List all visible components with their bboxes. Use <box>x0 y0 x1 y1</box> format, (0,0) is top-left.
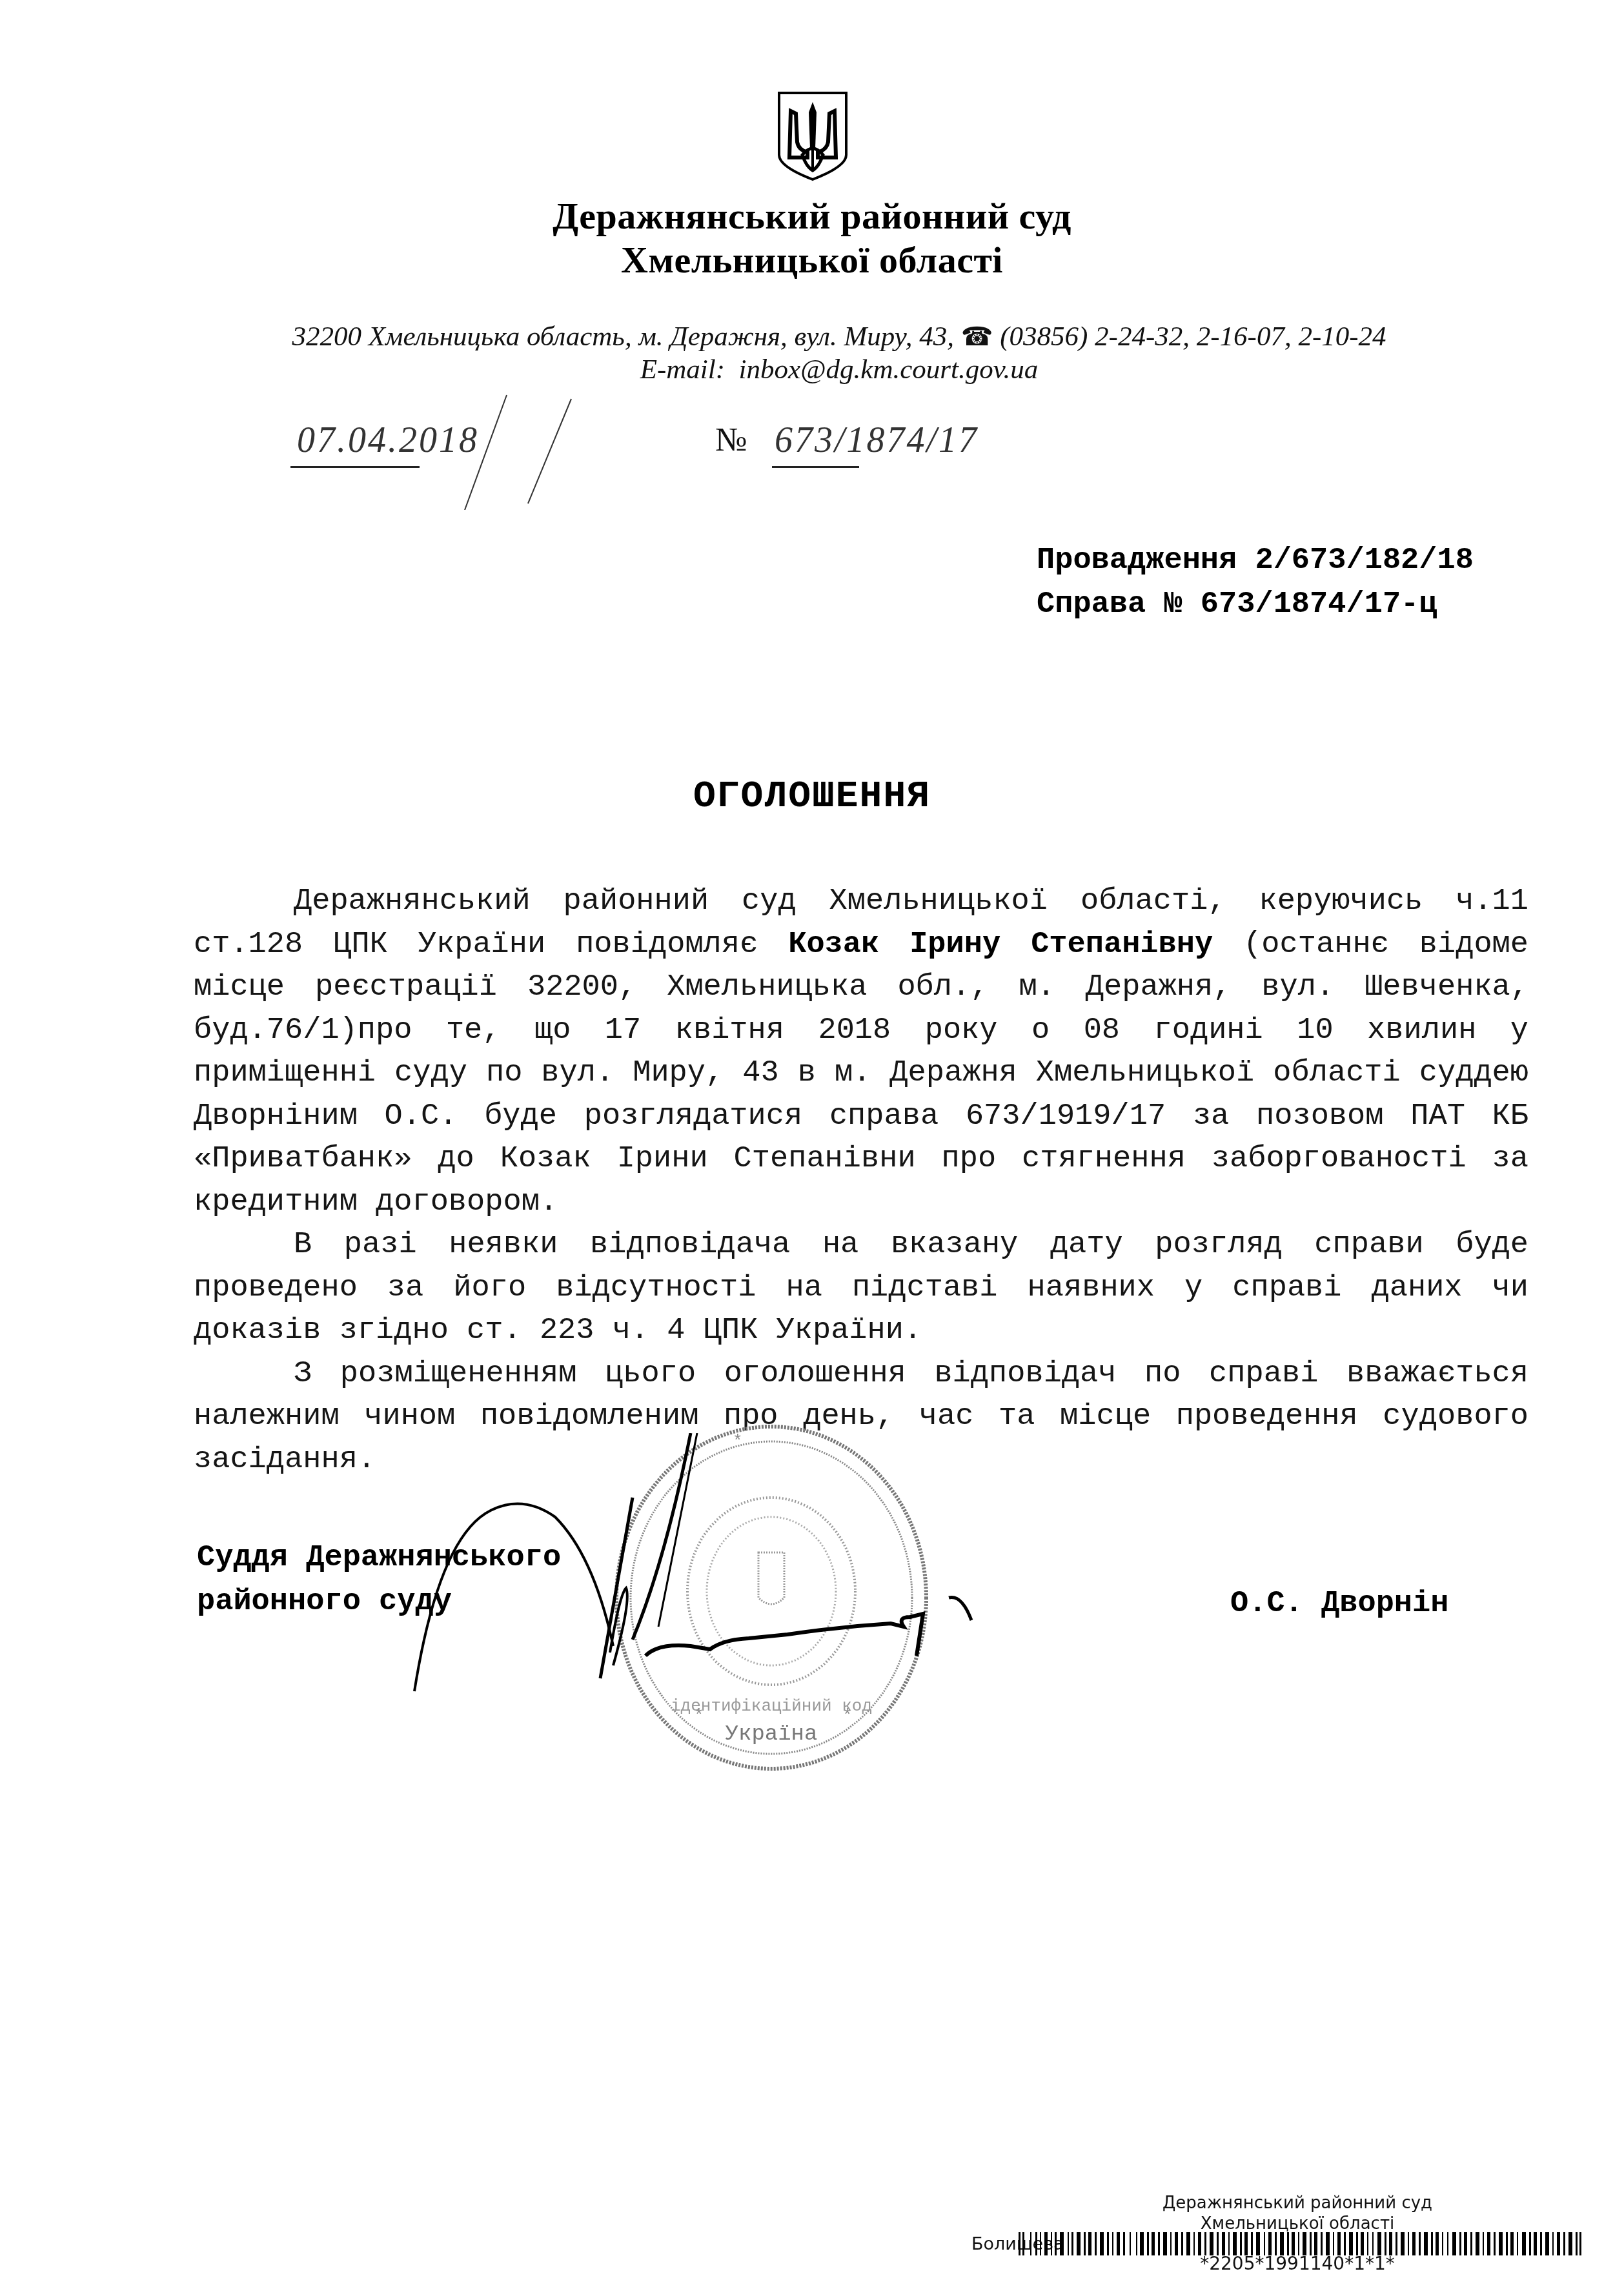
court-email: E-mail: inbox@dg.km.court.gov.ua <box>194 354 1485 386</box>
handwritten-slash-strokes <box>284 394 865 510</box>
stamp-country-text: Україна <box>726 1722 818 1747</box>
judge-title: Суддя Деражнянського районного суду <box>197 1536 561 1624</box>
footer-court-region: Хмельницької області <box>1071 2214 1523 2233</box>
judge-name: О.С. Дворнін <box>1230 1582 1448 1626</box>
email-address: inbox@dg.km.court.gov.ua <box>738 354 1038 385</box>
paragraph-2: В разі неявки відповідача на вказану дат… <box>194 1224 1528 1353</box>
court-region: Хмельницької області <box>0 239 1624 281</box>
court-address: 32200 Хмельницька область, м. Деражня, в… <box>194 321 1485 353</box>
announcement-body: Деражнянський районний суд Хмельницької … <box>194 880 1528 1481</box>
proceeding-number: Провадження 2/673/182/18 <box>1037 539 1474 583</box>
case-number: Справа № 673/1874/17-ц <box>1037 583 1437 627</box>
coat-of-arms-icon <box>776 90 849 182</box>
judge-title-line-1: Суддя Деражнянського <box>197 1541 561 1575</box>
svg-text:*: * <box>694 1706 704 1725</box>
paragraph-1-text-end: (останнє відоме місце реєстрації 32200, … <box>194 928 1528 1219</box>
footer-court-name: Деражнянський районний суд <box>1071 2193 1523 2213</box>
barcode <box>1019 2232 1581 2255</box>
phone-numbers: (03856) 2-24-32, 2-16-07, 2-10-24 <box>1000 321 1386 352</box>
defendant-name: Козак Ірину Степанівну <box>788 928 1213 962</box>
outgoing-reference: 07.04.2018 № 673/1874/17 <box>284 413 865 491</box>
email-label: E-mail: <box>640 354 725 385</box>
judge-title-line-2: районного суду <box>197 1585 452 1619</box>
document-title: ОГОЛОШЕННЯ <box>0 776 1624 818</box>
barcode-number: *2205*1991140*1*1* <box>1071 2254 1523 2274</box>
svg-text:*: * <box>842 1706 853 1725</box>
paragraph-1: Деражнянський районний суд Хмельницької … <box>194 880 1528 1224</box>
court-name: Деражнянський районний суд <box>0 195 1624 238</box>
phone-icon: ☎ <box>961 322 993 351</box>
address-text: 32200 Хмельницька область, м. Деражня, в… <box>292 321 953 352</box>
